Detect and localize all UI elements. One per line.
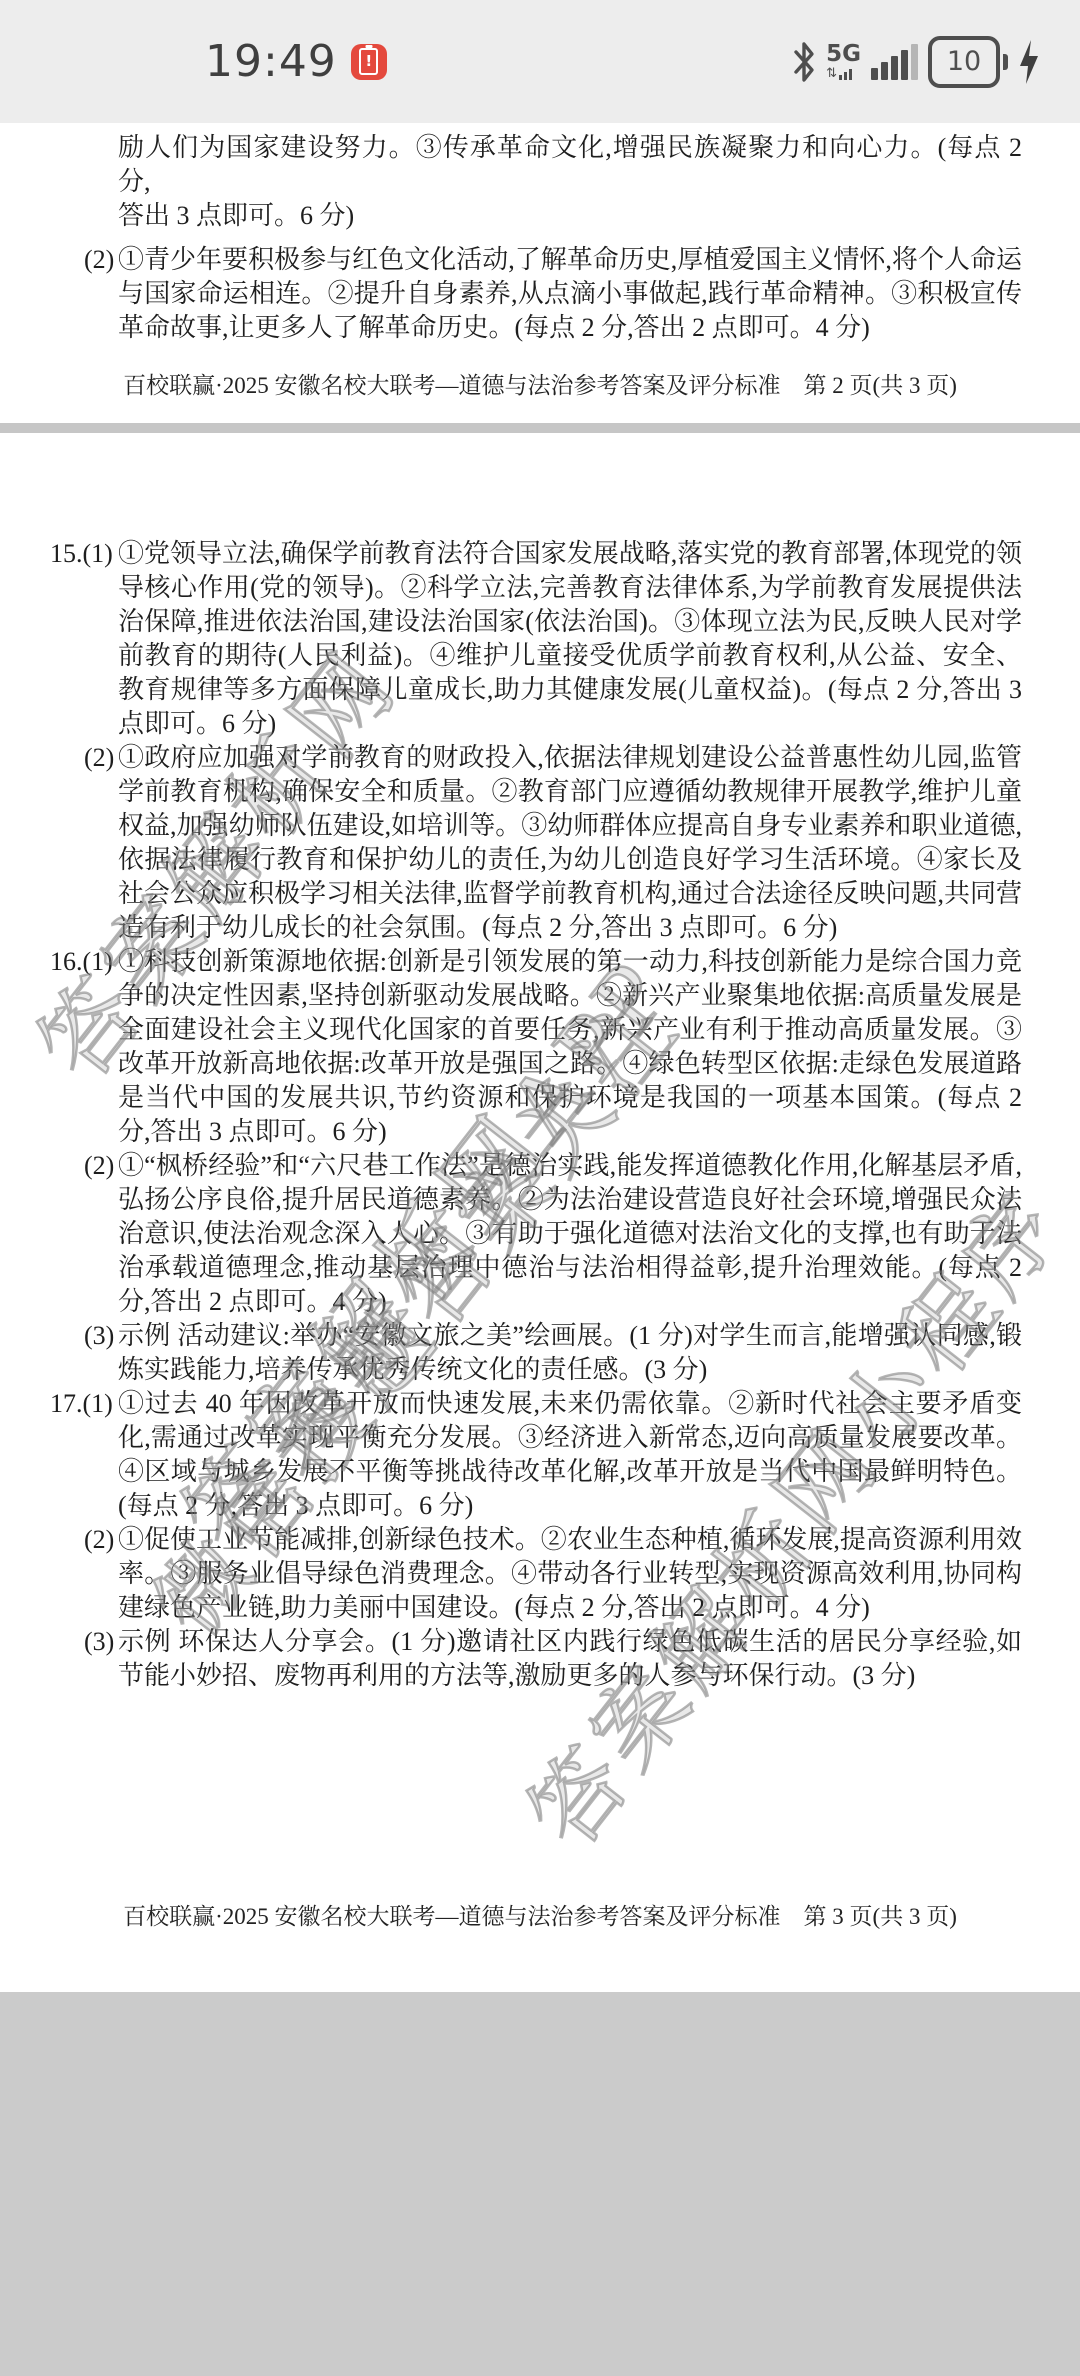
answer-item-text: ①政府应加强对学前教育的财政投入,依据法律规划建设公益普惠性幼儿园,监管学前教育… <box>118 743 1022 942</box>
answer-item-text: ①青少年要积极参与红色文化活动,了解革命历史,厚植爱国主义情怀,将个人命运与国家… <box>118 245 1022 342</box>
answer-item-text: 示例 环保达人分享会。(1 分)邀请社区内践行绿色低碳生活的居民分享经验,如节能… <box>118 1627 1022 1690</box>
mini-signal-bar <box>839 75 842 80</box>
answer-15-2-item: (2) ①政府应加强对学前教育的财政投入,依据法律规划建设公益普惠性幼儿园,监管… <box>0 741 1080 945</box>
battery-alert-mark: ! <box>365 54 372 69</box>
document-page-2: 励人们为国家建设努力。③传承革命文化,增强民族凝聚力和向心力。(每点 2 分, … <box>0 123 1080 423</box>
answer-16-2-item: (2) ①“枫桥经验”和“六尺巷工作法”是德治实践,能发挥道德教化作用,化解基层… <box>0 1149 1080 1319</box>
battery-body: 10 <box>928 36 1000 88</box>
signal-bar-dim <box>911 44 918 80</box>
status-left-group: 19:49 ! <box>205 0 387 123</box>
answer-item-text: ①过去 40 年因改革开放而快速发展,未来仍需依靠。②新时代社会主要矛盾变化,需… <box>118 1389 1022 1520</box>
charging-bolt-icon <box>1018 39 1040 85</box>
answer-item-text: 示例 活动建议:举办“安徽文旅之美”绘画展。(1 分)对学生而言,能增强认同感,… <box>118 1321 1022 1384</box>
page-2-footer: 百校联赢·2025 安徽名校大联考—道德与法治参考答案及评分标准 第 2 页(共… <box>0 367 1080 400</box>
battery-alert-icon: ! <box>359 48 378 75</box>
answer-14-2-item: (2) ①青少年要积极参与红色文化活动,了解革命历史,厚植爱国主义情怀,将个人命… <box>0 243 1080 345</box>
answer-16-3-item: (3) 示例 活动建议:举办“安徽文旅之美”绘画展。(1 分)对学生而言,能增强… <box>0 1319 1080 1387</box>
battery-low-alert-badge: ! <box>351 44 387 80</box>
answer-item-text: ①科技创新策源地依据:创新是引领发展的第一动力,科技创新能力是综合国力竞争的决定… <box>118 947 1022 1146</box>
answer-item-label: (2) <box>84 741 114 775</box>
answer-item-label: (3) <box>84 1319 114 1353</box>
network-type-label: 5G <box>826 43 861 66</box>
answer-item-label: (2) <box>84 243 114 277</box>
answer-17-2-item: (2) ①促使工业节能减排,创新绿色技术。②农业生态种植,循环发展,提高资源利用… <box>0 1523 1080 1625</box>
answer-item-label: 16.(1) <box>50 945 113 979</box>
signal-bar <box>871 68 878 80</box>
signal-bar <box>881 62 888 80</box>
answer-item-text: ①促使工业节能减排,创新绿色技术。②农业生态种植,循环发展,提高资源利用效率。③… <box>118 1525 1022 1622</box>
answer-item-label: 15.(1) <box>50 537 113 571</box>
answer-item-label: (2) <box>84 1523 114 1557</box>
signal-strength-icon <box>871 44 918 80</box>
battery-percent-text: 10 <box>947 48 981 75</box>
answer-item-label: (2) <box>84 1149 114 1183</box>
phone-screen: 19:49 ! 5G ⇅ <box>0 0 1080 2376</box>
answer-item-text: ①党领导立法,确保学前教育法符合国家发展战略,落实党的教育部署,体现党的领导核心… <box>118 539 1022 738</box>
page-separator <box>0 423 1080 433</box>
secondary-signal-icon: ⇅ <box>826 68 852 80</box>
status-bar: 19:49 ! 5G ⇅ <box>0 0 1080 123</box>
network-indicator: 5G ⇅ <box>826 43 861 80</box>
page-3-content: 15.(1) ①党领导立法,确保学前教育法符合国家发展战略,落实党的教育部署,体… <box>0 433 1080 1931</box>
data-arrows-icon: ⇅ <box>826 67 837 80</box>
answer-17-1-item: 17.(1) ①过去 40 年因改革开放而快速发展,未来仍需依靠。②新时代社会主… <box>0 1387 1080 1523</box>
mini-signal-bar <box>844 72 847 80</box>
answer-item-text: ①“枫桥经验”和“六尺巷工作法”是德治实践,能发挥道德教化作用,化解基层矛盾,弘… <box>118 1151 1022 1316</box>
signal-bar <box>901 50 908 80</box>
bluetooth-icon <box>792 41 816 83</box>
battery-indicator: 10 <box>928 36 1008 88</box>
document-page-3: 15.(1) ①党领导立法,确保学前教育法符合国家发展战略,落实党的教育部署,体… <box>0 433 1080 1992</box>
clock-text: 19:49 <box>205 36 337 87</box>
answer-item-label: 17.(1) <box>50 1387 113 1421</box>
answer-14-continuation-text: 励人们为国家建设努力。③传承革命文化,增强民族凝聚力和向心力。(每点 2 分, … <box>0 123 1080 233</box>
answer-16-1-item: 16.(1) ①科技创新策源地依据:创新是引领发展的第一动力,科技创新能力是综合… <box>0 945 1080 1149</box>
mini-signal-bar <box>849 69 852 80</box>
signal-bar <box>891 56 898 80</box>
answer-15-1-item: 15.(1) ①党领导立法,确保学前教育法符合国家发展战略,落实党的教育部署,体… <box>0 537 1080 741</box>
page-3-footer: 百校联赢·2025 安徽名校大联考—道德与法治参考答案及评分标准 第 3 页(共… <box>0 1898 1080 1931</box>
answer-17-3-item: (3) 示例 环保达人分享会。(1 分)邀请社区内践行绿色低碳生活的居民分享经验… <box>0 1625 1080 1693</box>
status-right-group: 5G ⇅ 10 <box>792 0 1040 123</box>
battery-nub <box>1003 54 1008 70</box>
answer-item-label: (3) <box>84 1625 114 1659</box>
